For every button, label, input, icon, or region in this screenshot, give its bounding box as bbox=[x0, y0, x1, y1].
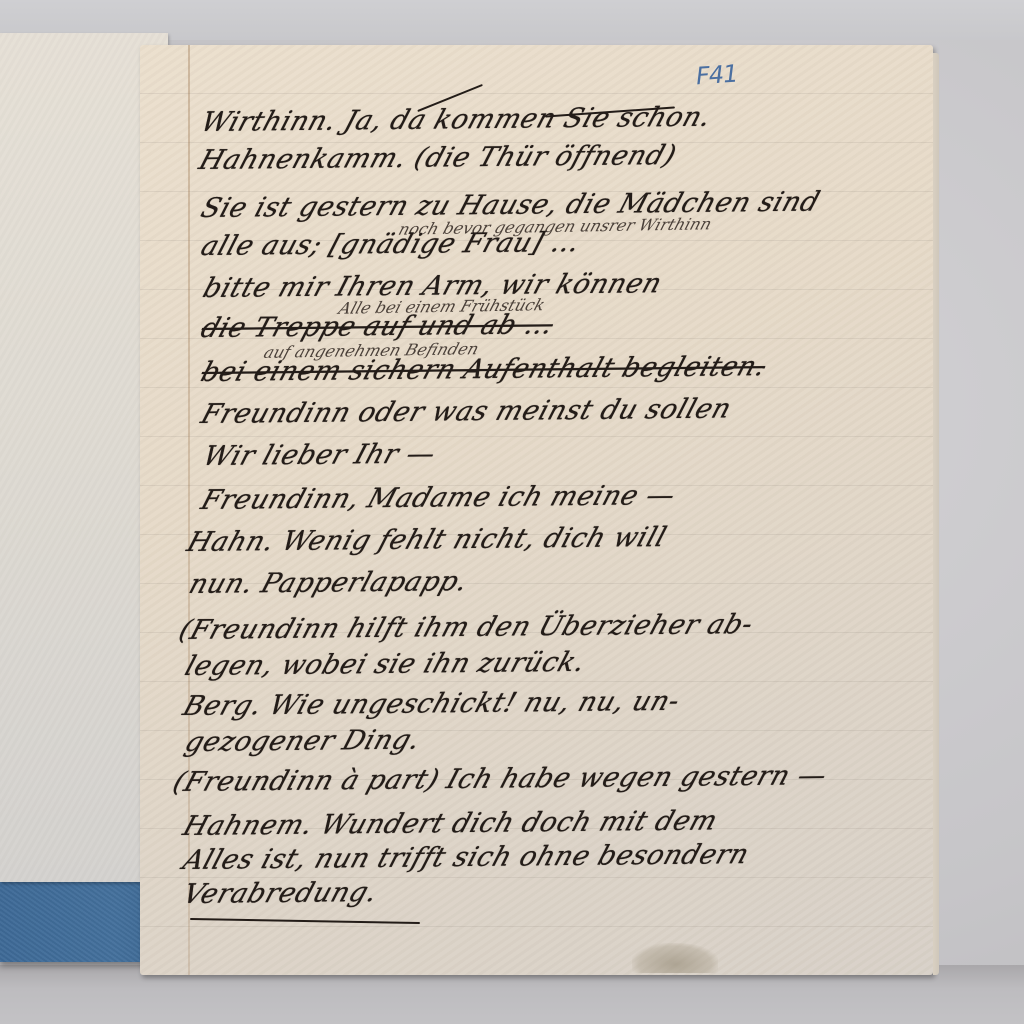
manuscript-line-9: Wir lieber Ihr — bbox=[199, 439, 439, 472]
manuscript-line-13: (Freundinn hilft ihm den Überzieher ab- bbox=[175, 609, 757, 646]
manuscript-line-2: Hahnenkamm. (die Thür öffnend) bbox=[195, 140, 680, 176]
folio-number: F41 bbox=[695, 60, 738, 91]
manuscript-line-17: (Freundinn à part) Ich habe wegen gester… bbox=[169, 760, 831, 798]
manuscript-line-14: legen, wobei sie ihn zurück. bbox=[181, 647, 589, 682]
manuscript-line-10: Freundinn, Madame ich meine — bbox=[197, 480, 679, 516]
manuscript-line-6-struck: die Treppe auf und ab … bbox=[197, 309, 558, 344]
manuscript-line-12: nun. Papperlapapp. bbox=[185, 566, 472, 600]
manuscript-line-15: Berg. Wie ungeschickt! nu, nu, un- bbox=[179, 686, 684, 722]
paper-stain bbox=[632, 943, 718, 973]
manuscript-line-16: gezogener Ding. bbox=[181, 725, 424, 758]
manuscript-line-19: Alles ist, nun trifft sich ohne besonder… bbox=[179, 839, 753, 876]
manuscript-line-20: Verabredung. bbox=[179, 877, 381, 910]
manuscript-line-18: Hahnem. Wundert dich doch mit dem bbox=[179, 805, 721, 842]
manuscript-line-7-struck: bei einem sichern Aufenthalt begleiten. bbox=[197, 351, 770, 388]
page-stack-edge bbox=[933, 53, 939, 975]
manuscript-line-8: Freundinn oder was meinst du sollen bbox=[197, 393, 735, 430]
manuscript-line-4: alle aus; [gnädige Frau] … bbox=[197, 227, 584, 262]
manuscript-page: F41 Wirthinn. Ja, da kommen Sie schon. H… bbox=[140, 45, 933, 975]
manuscript-line-1: Wirthinn. Ja, da kommen Sie schon. bbox=[197, 102, 715, 138]
underline-stroke bbox=[190, 918, 420, 924]
manuscript-line-11: Hahn. Wenig fehlt nicht, dich will bbox=[183, 522, 670, 558]
